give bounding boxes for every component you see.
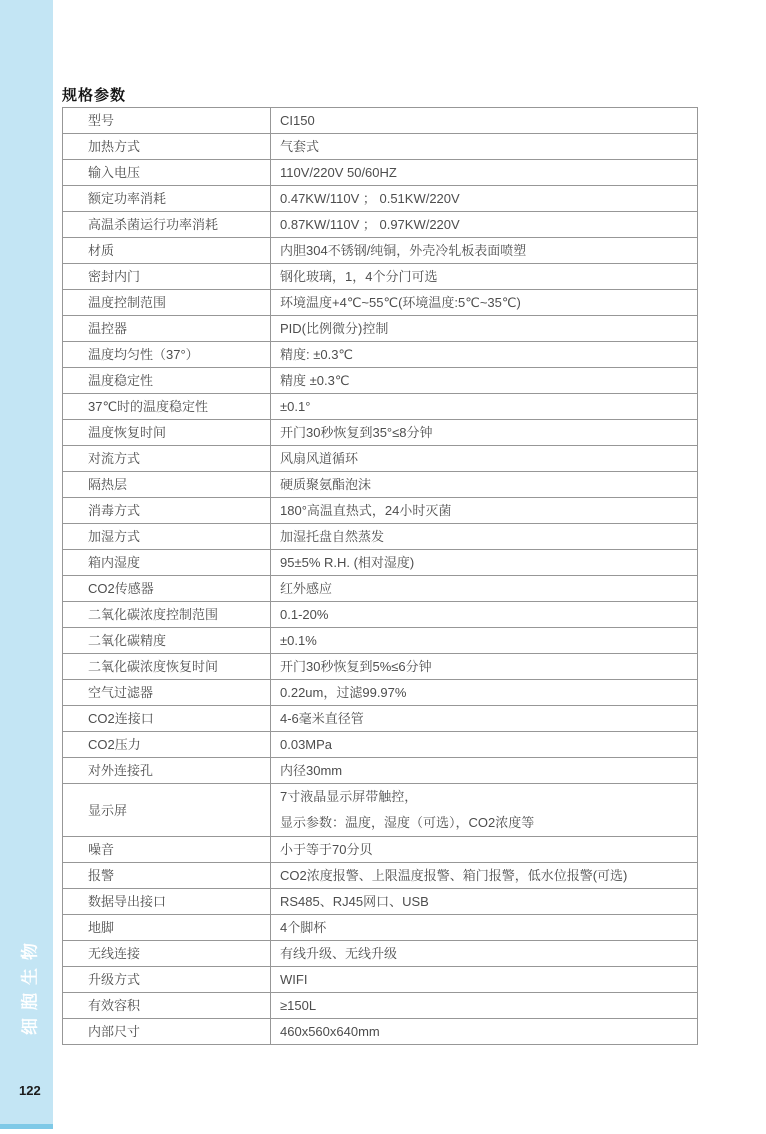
spec-value-cell: 风扇风道循环 <box>271 446 698 472</box>
table-row: 加湿方式加湿托盘自然蒸发 <box>63 524 698 550</box>
spec-value-cell: 460x560x640mm <box>271 1019 698 1045</box>
spec-label-cell: 隔热层 <box>63 472 271 498</box>
spec-label-cell: 温度均匀性（37°） <box>63 342 271 368</box>
spec-value-line: 显示参数：温度，湿度（可选），CO2浓度等 <box>280 810 697 836</box>
spec-label-cell: 无线连接 <box>63 941 271 967</box>
spec-value-cell: 内径30mm <box>271 758 698 784</box>
spec-label-cell: 升级方式 <box>63 967 271 993</box>
spec-value-cell: 180°高温直热式，24小时灭菌 <box>271 498 698 524</box>
spec-label-cell: CO2压力 <box>63 732 271 758</box>
table-row: 温度控制范围环境温度+4℃~55℃(环境温度:5℃~35℃) <box>63 290 698 316</box>
spec-label-cell: 输入电压 <box>63 160 271 186</box>
table-row: 二氧化碳浓度控制范围0.1-20% <box>63 602 698 628</box>
spec-label-cell: 数据导出接口 <box>63 889 271 915</box>
spec-value-cell: 内胆304不锈钢/纯铜，外壳冷轧板表面喷塑 <box>271 238 698 264</box>
spec-value-cell: CI150 <box>271 108 698 134</box>
table-row: 温度恢复时间开门30秒恢复到35°≤8分钟 <box>63 420 698 446</box>
spec-label-cell: 温度稳定性 <box>63 368 271 394</box>
spec-value-cell: ±0.1% <box>271 628 698 654</box>
spec-label-cell: 地脚 <box>63 915 271 941</box>
table-row: 升级方式WIFI <box>63 967 698 993</box>
table-row: 数据导出接口RS485、RJ45网口、USB <box>63 889 698 915</box>
spec-label-cell: 箱内湿度 <box>63 550 271 576</box>
spec-label-cell: 二氧化碳浓度恢复时间 <box>63 654 271 680</box>
spec-value-cell: 开门30秒恢复到35°≤8分钟 <box>271 420 698 446</box>
spec-label-cell: 内部尺寸 <box>63 1019 271 1045</box>
table-row: 温控器PID(比例微分)控制 <box>63 316 698 342</box>
spec-table: 型号CI150加热方式气套式输入电压110V/220V 50/60HZ额定功率消… <box>62 107 698 1045</box>
spec-value-cell: 红外感应 <box>271 576 698 602</box>
spec-value-cell: 0.22um，过滤99.97% <box>271 680 698 706</box>
spec-label-cell: 显示屏 <box>63 784 271 837</box>
table-row: 对外连接孔内径30mm <box>63 758 698 784</box>
spec-label-cell: 空气过滤器 <box>63 680 271 706</box>
spec-value-cell: 0.1-20% <box>271 602 698 628</box>
spec-label-cell: 型号 <box>63 108 271 134</box>
table-row: 内部尺寸460x560x640mm <box>63 1019 698 1045</box>
spec-value-cell: ≥150L <box>271 993 698 1019</box>
spec-value-cell: RS485、RJ45网口、USB <box>271 889 698 915</box>
spec-label-cell: 有效容积 <box>63 993 271 1019</box>
table-row: 隔热层硬质聚氨酯泡沫 <box>63 472 698 498</box>
spec-label-cell: CO2传感器 <box>63 576 271 602</box>
table-row: 温度均匀性（37°）精度: ±0.3℃ <box>63 342 698 368</box>
spec-value-cell: 0.47KW/110V ； 0.51KW/220V <box>271 186 698 212</box>
spec-value-cell: 7寸液晶显示屏带触控，显示参数：温度，湿度（可选），CO2浓度等 <box>271 784 698 837</box>
spec-label-cell: 二氧化碳精度 <box>63 628 271 654</box>
table-row: 对流方式风扇风道循环 <box>63 446 698 472</box>
page-title: 规格参数 <box>62 84 126 105</box>
spec-value-cell: 气套式 <box>271 134 698 160</box>
table-row: 地脚4个脚杯 <box>63 915 698 941</box>
spec-value-cell: 开门30秒恢复到5%≤6分钟 <box>271 654 698 680</box>
table-row: 噪音小于等于70分贝 <box>63 837 698 863</box>
spec-value-cell: 精度 ±0.3℃ <box>271 368 698 394</box>
spec-label-cell: 对流方式 <box>63 446 271 472</box>
spec-label-cell: 额定功率消耗 <box>63 186 271 212</box>
table-row: 加热方式气套式 <box>63 134 698 160</box>
spec-label-cell: 报警 <box>63 863 271 889</box>
table-row: 空气过滤器0.22um，过滤99.97% <box>63 680 698 706</box>
spec-label-cell: 高温杀菌运行功率消耗 <box>63 212 271 238</box>
table-row: 额定功率消耗0.47KW/110V ； 0.51KW/220V <box>63 186 698 212</box>
sidebar-vertical-label: 细胞生物 <box>16 935 41 1035</box>
spec-value-line: 7寸液晶显示屏带触控， <box>280 784 697 810</box>
spec-value-cell: 4-6毫米直径管 <box>271 706 698 732</box>
sidebar-bottom-accent <box>0 1124 53 1129</box>
spec-table-body: 型号CI150加热方式气套式输入电压110V/220V 50/60HZ额定功率消… <box>63 108 698 1045</box>
spec-value-cell: PID(比例微分)控制 <box>271 316 698 342</box>
table-row: 型号CI150 <box>63 108 698 134</box>
table-row: 二氧化碳浓度恢复时间开门30秒恢复到5%≤6分钟 <box>63 654 698 680</box>
table-row: 密封内门钢化玻璃，1，4个分门可选 <box>63 264 698 290</box>
spec-value-cell: 钢化玻璃，1，4个分门可选 <box>271 264 698 290</box>
spec-label-cell: 加热方式 <box>63 134 271 160</box>
spec-label-cell: 二氧化碳浓度控制范围 <box>63 602 271 628</box>
table-row: 箱内湿度95±5% R.H. (相对湿度) <box>63 550 698 576</box>
spec-value-cell: 加湿托盘自然蒸发 <box>271 524 698 550</box>
table-row: CO2压力0.03MPa <box>63 732 698 758</box>
table-row: CO2传感器红外感应 <box>63 576 698 602</box>
table-row: 消毒方式180°高温直热式，24小时灭菌 <box>63 498 698 524</box>
table-row: 无线连接有线升级、无线升级 <box>63 941 698 967</box>
spec-value-cell: 4个脚杯 <box>271 915 698 941</box>
spec-value-cell: 环境温度+4℃~55℃(环境温度:5℃~35℃) <box>271 290 698 316</box>
page-sidebar: 细胞生物 122 <box>0 0 53 1129</box>
spec-value-cell: 0.03MPa <box>271 732 698 758</box>
spec-value-cell: 0.87KW/110V ； 0.97KW/220V <box>271 212 698 238</box>
table-row: 温度稳定性精度 ±0.3℃ <box>63 368 698 394</box>
spec-label-cell: 加湿方式 <box>63 524 271 550</box>
spec-value-cell: 小于等于70分贝 <box>271 837 698 863</box>
spec-value-cell: 110V/220V 50/60HZ <box>271 160 698 186</box>
spec-label-cell: 对外连接孔 <box>63 758 271 784</box>
table-row: 高温杀菌运行功率消耗0.87KW/110V ； 0.97KW/220V <box>63 212 698 238</box>
spec-label-cell: 温控器 <box>63 316 271 342</box>
table-row: CO2连接口4-6毫米直径管 <box>63 706 698 732</box>
spec-label-cell: 噪音 <box>63 837 271 863</box>
table-row: 二氧化碳精度±0.1% <box>63 628 698 654</box>
spec-label-cell: CO2连接口 <box>63 706 271 732</box>
table-row: 显示屏7寸液晶显示屏带触控，显示参数：温度，湿度（可选），CO2浓度等 <box>63 784 698 837</box>
table-row: 材质内胆304不锈钢/纯铜，外壳冷轧板表面喷塑 <box>63 238 698 264</box>
spec-label-cell: 密封内门 <box>63 264 271 290</box>
spec-value-cell: 95±5% R.H. (相对湿度) <box>271 550 698 576</box>
table-row: 输入电压110V/220V 50/60HZ <box>63 160 698 186</box>
spec-value-cell: 硬质聚氨酯泡沫 <box>271 472 698 498</box>
spec-value-cell: CO2浓度报警、上限温度报警、箱门报警，低水位报警(可选) <box>271 863 698 889</box>
spec-value-cell: 精度: ±0.3℃ <box>271 342 698 368</box>
table-row: 37℃时的温度稳定性±0.1° <box>63 394 698 420</box>
spec-value-cell: ±0.1° <box>271 394 698 420</box>
page-number: 122 <box>19 1083 41 1098</box>
spec-label-cell: 温度恢复时间 <box>63 420 271 446</box>
spec-label-cell: 材质 <box>63 238 271 264</box>
spec-value-cell: 有线升级、无线升级 <box>271 941 698 967</box>
spec-label-cell: 温度控制范围 <box>63 290 271 316</box>
spec-label-cell: 37℃时的温度稳定性 <box>63 394 271 420</box>
table-row: 有效容积≥150L <box>63 993 698 1019</box>
spec-label-cell: 消毒方式 <box>63 498 271 524</box>
spec-value-cell: WIFI <box>271 967 698 993</box>
table-row: 报警CO2浓度报警、上限温度报警、箱门报警，低水位报警(可选) <box>63 863 698 889</box>
